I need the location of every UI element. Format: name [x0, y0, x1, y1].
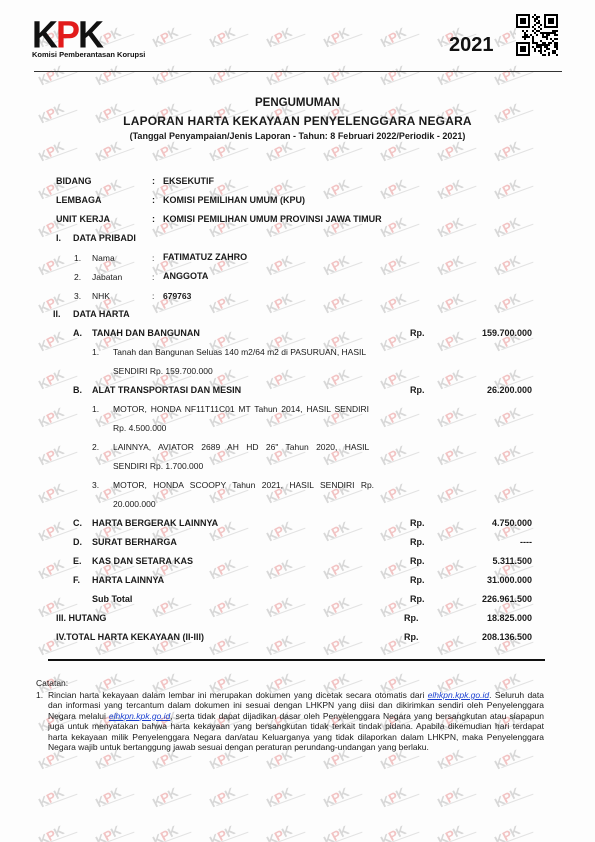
section-numeral: I. — [56, 233, 61, 243]
category-letter: E. — [73, 556, 82, 566]
currency-label: Rp. — [410, 537, 425, 547]
section-numeral: II. — [53, 309, 61, 319]
qr-code-icon — [516, 14, 558, 56]
identity-colon: : — [152, 195, 155, 205]
category-name: HARTA LAINNYA — [92, 575, 164, 585]
currency-label: Rp. — [410, 518, 425, 528]
category-name: ALAT TRANSPORTASI DAN MESIN — [92, 385, 241, 395]
item-colon: : — [152, 291, 154, 301]
item-value: ANGGOTA — [163, 271, 208, 281]
detail-text: MOTOR, HONDA NF11T11C01 MT Tahun 2014, H… — [113, 404, 369, 414]
hutang-amount: 18.825.000 — [487, 613, 532, 623]
subtotal-amount: 226.961.500 — [482, 594, 532, 604]
detail-text: SENDIRI Rp. 1.700.000 — [113, 461, 203, 471]
total-divider — [48, 659, 545, 661]
detail-text: Rp. 4.500.000 — [113, 423, 166, 433]
detail-number: 3. — [92, 480, 99, 490]
identity-colon: : — [152, 214, 155, 224]
total-label: IV.TOTAL HARTA KEKAYAAN (II-III) — [56, 632, 204, 642]
detail-text: Tanah dan Bangunan Seluas 140 m2/64 m2 d… — [113, 347, 366, 357]
detail-number: 2. — [92, 442, 99, 452]
logo-subtitle: Komisi Pemberantasan Korupsi — [32, 50, 145, 59]
detail-text: LAINNYA, AVIATOR 2689 AH HD 26" Tahun 20… — [113, 442, 369, 452]
category-letter: D. — [73, 537, 82, 547]
total-amount: 208.136.500 — [482, 632, 532, 642]
category-amount: ---- — [520, 537, 532, 547]
item-number: 1. — [74, 253, 81, 263]
category-letter: B. — [73, 385, 82, 395]
identity-colon: : — [152, 176, 155, 186]
section-heading: DATA PRIBADI — [73, 233, 136, 243]
item-label: Nama — [92, 253, 115, 263]
note-number: 1. — [36, 690, 43, 700]
elhkpn-link[interactable]: elhkpn.kpk.go.id — [109, 711, 170, 721]
identity-value: KOMISI PEMILIHAN UMUM (KPU) — [163, 195, 305, 205]
item-number: 3. — [74, 291, 81, 301]
item-value: FATIMATUZ ZAHRO — [163, 252, 247, 262]
detail-text: SENDIRI Rp. 159.700.000 — [113, 366, 213, 376]
category-amount: 159.700.000 — [482, 328, 532, 338]
detail-text: 20.000.000 — [113, 499, 156, 509]
category-amount: 31.000.000 — [487, 575, 532, 585]
currency-label: Rp. — [410, 556, 425, 566]
report-year: 2021 — [449, 34, 494, 57]
currency-label: Rp. — [404, 613, 419, 623]
item-label: NHK — [92, 291, 110, 301]
identity-value: EKSEKUTIF — [163, 176, 214, 186]
identity-label: UNIT KERJA — [56, 214, 110, 224]
item-colon: : — [152, 253, 154, 263]
currency-label: Rp. — [410, 328, 425, 338]
currency-label: Rp. — [410, 575, 425, 585]
detail-text: MOTOR, HONDA SCOOPY Tahun 2021, HASIL SE… — [113, 480, 374, 490]
identity-value: KOMISI PEMILIHAN UMUM PROVINSI JAWA TIMU… — [163, 214, 382, 224]
item-number: 2. — [74, 272, 81, 282]
category-name: HARTA BERGERAK LAINNYA — [92, 518, 218, 528]
currency-label: Rp. — [404, 632, 419, 642]
identity-label: LEMBAGA — [56, 195, 102, 205]
header-divider — [34, 71, 562, 72]
item-value: 679763 — [163, 291, 191, 301]
category-amount: 4.750.000 — [492, 518, 532, 528]
kpk-logo: KPK — [32, 19, 102, 51]
announcement-title: PENGUMUMAN — [0, 97, 595, 109]
report-subtitle: (Tanggal Penyampaian/Jenis Laporan - Tah… — [0, 131, 595, 141]
category-letter: F. — [73, 575, 80, 585]
report-title: LAPORAN HARTA KEKAYAAN PENYELENGGARA NEG… — [0, 114, 595, 128]
category-name: TANAH DAN BANGUNAN — [92, 328, 200, 338]
currency-label: Rp. — [410, 594, 425, 604]
item-label: Jabatan — [92, 272, 122, 282]
subtotal-label: Sub Total — [92, 594, 132, 604]
hutang-label: III. HUTANG — [56, 613, 106, 623]
category-amount: 26.200.000 — [487, 385, 532, 395]
note-body: Rincian harta kekayaan dalam lembar ini … — [48, 690, 544, 752]
category-amount: 5.311.500 — [492, 556, 532, 566]
detail-number: 1. — [92, 404, 99, 414]
detail-number: 1. — [92, 347, 99, 357]
section-heading: DATA HARTA — [73, 309, 130, 319]
item-colon: : — [152, 272, 154, 282]
notes-title: Catatan: — [36, 678, 68, 688]
category-name: KAS DAN SETARA KAS — [92, 556, 193, 566]
note-item: 1. Rincian harta kekayaan dalam lembar i… — [36, 690, 544, 752]
category-name: SURAT BERHARGA — [92, 537, 177, 547]
identity-label: BIDANG — [56, 176, 92, 186]
currency-label: Rp. — [410, 385, 425, 395]
elhkpn-link[interactable]: elhkpn.kpk.go.id — [428, 690, 489, 700]
category-letter: C. — [73, 518, 82, 528]
category-letter: A. — [73, 328, 82, 338]
note-text: Rincian harta kekayaan dalam lembar ini … — [48, 690, 428, 700]
